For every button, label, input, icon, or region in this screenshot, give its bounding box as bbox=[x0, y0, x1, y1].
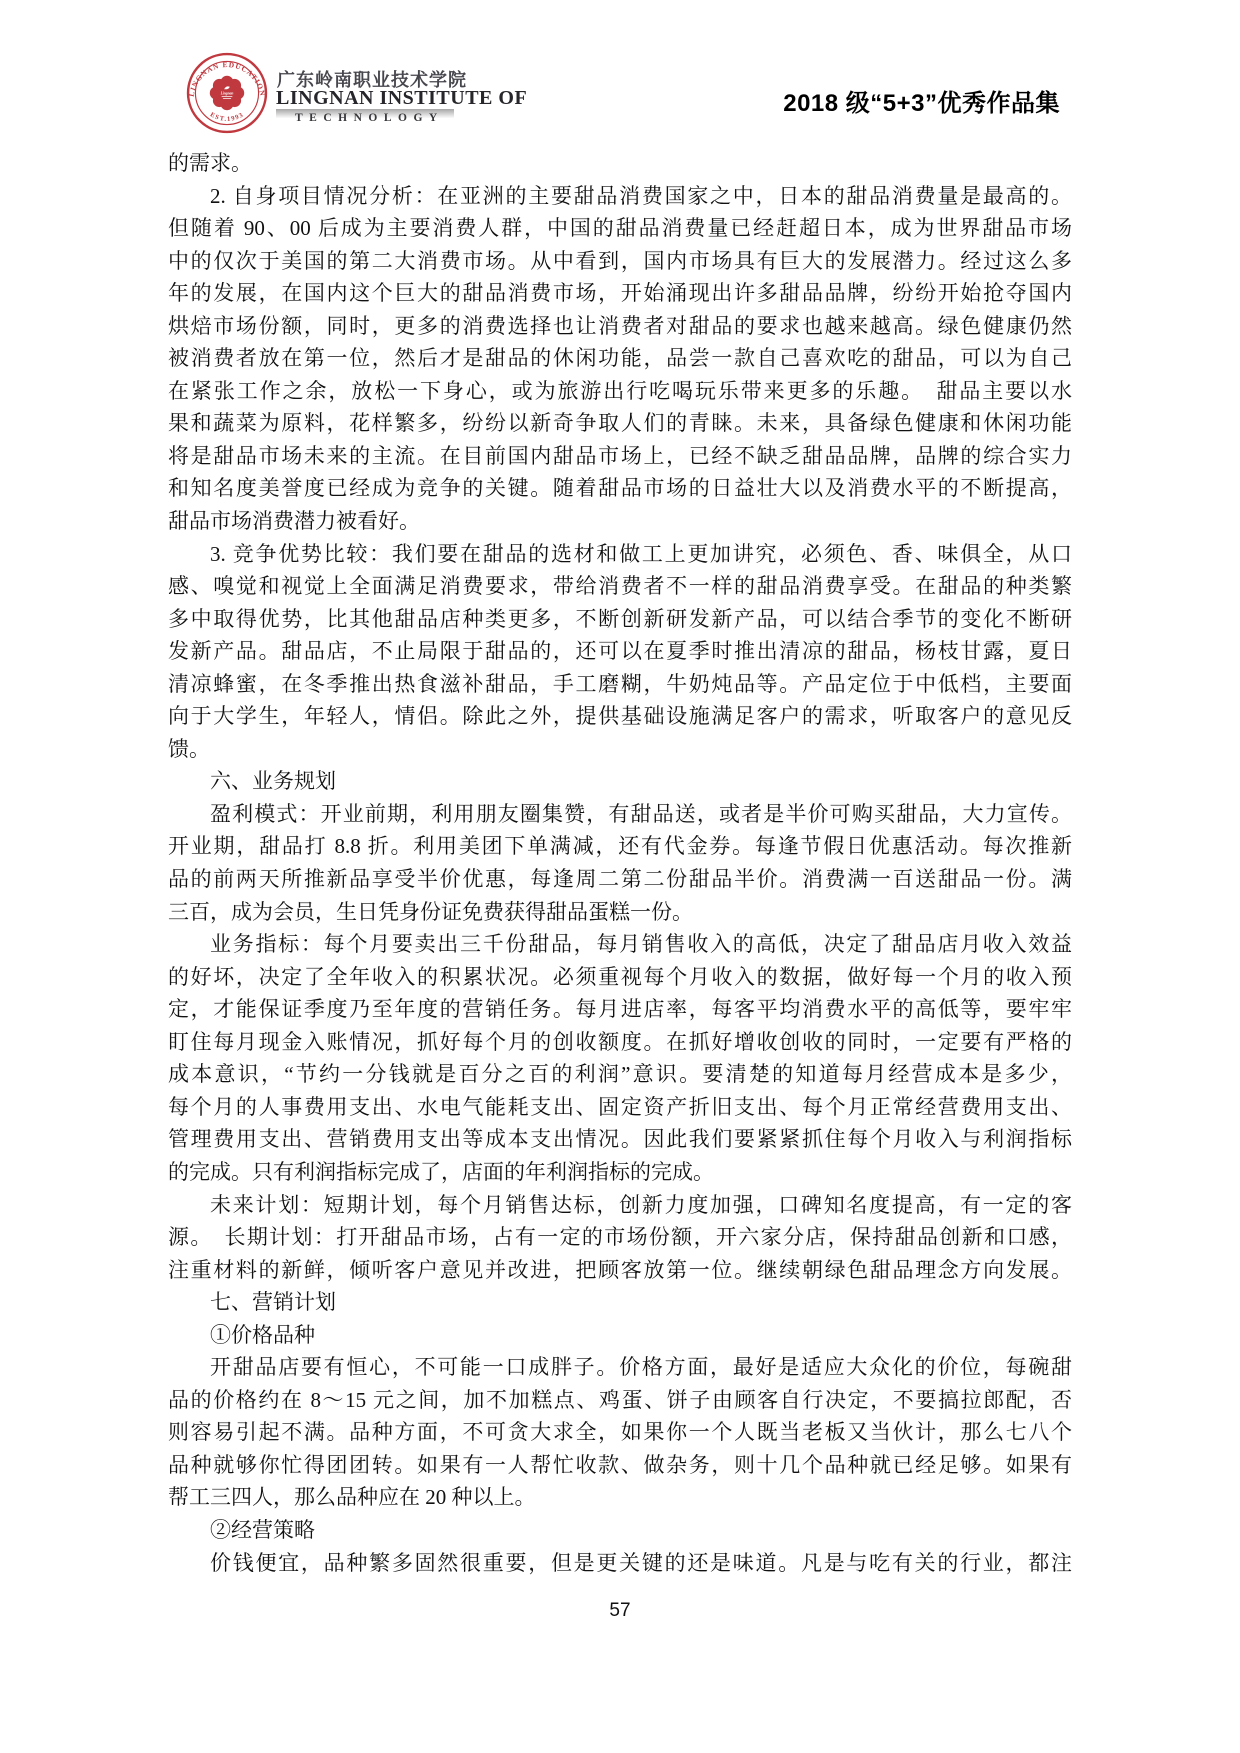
body-line: 被消费者放在第一位，然后才是甜品的休闲功能，品尝一款自己喜欢吃的甜品，可以为自己 bbox=[168, 342, 1072, 375]
svg-text:EST.1993: EST.1993 bbox=[209, 111, 246, 123]
body-line: 成本意识，“节约一分钱就是百分之百的利润”意识。要清楚的知道每月经营成本是多少， bbox=[168, 1058, 1072, 1091]
collection-title: 2018 级“5+3”优秀作品集 bbox=[783, 83, 1060, 118]
body-line: 的需求。 bbox=[168, 147, 1072, 180]
body-line: 定，才能保证季度乃至年度的营销任务。每月进店率，每客平均消费水平的高低等，要牢牢 bbox=[168, 993, 1072, 1026]
document-page: LINGNAN EDUCATION EST.1993 Lingnan 广东岭南职… bbox=[0, 0, 1240, 1753]
body-line: 三百，成为会员，生日凭身份证免费获得甜品蛋糕一份。 bbox=[168, 896, 1072, 929]
body-line: 管理费用支出、营销费用支出等成本支出情况。因此我们要紧紧抓住每个月收入与利润指标 bbox=[168, 1123, 1072, 1156]
body-line: 开甜品店要有恒心，不可能一口成胖子。价格方面，最好是适应大众化的价位，每碗甜 bbox=[168, 1351, 1072, 1384]
body-line: 品的价格约在 8～15 元之间，加不加糕点、鸡蛋、饼子由顾客自行决定，不要搞拉郎… bbox=[168, 1384, 1072, 1417]
body-line: 价钱便宜，品种繁多固然很重要，但是更关键的还是味道。凡是与吃有关的行业，都注 bbox=[168, 1547, 1072, 1580]
body-line: 多中取得优势，比其他甜品店种类更多，不断创新研发新产品，可以结合季节的变化不断研 bbox=[168, 603, 1072, 636]
body-line: 将是甜品市场未来的主流。在目前国内甜品市场上，已经不缺乏甜品品牌，品牌的综合实力 bbox=[168, 440, 1072, 473]
body-line: 未来计划：短期计划，每个月销售达标，创新力度加强，口碑知名度提高，有一定的客 bbox=[168, 1189, 1072, 1222]
body-line: 帮工三四人，那么品种应在 20 种以上。 bbox=[168, 1481, 1072, 1514]
body-line: 馈。 bbox=[168, 733, 1072, 766]
body-line: 3. 竞争优势比较：我们要在甜品的选材和做工上更加讲究，必须色、香、味俱全，从口 bbox=[168, 538, 1072, 571]
body-line: 七、营销计划 bbox=[168, 1286, 1072, 1319]
body-line: 业务指标：每个月要卖出三千份甜品，每月销售收入的高低，决定了甜品店月收入效益 bbox=[168, 928, 1072, 961]
body-line: 在紧张工作之余，放松一下身心，或为旅游出行吃喝玩乐带来更多的乐趣。 甜品主要以水 bbox=[168, 375, 1072, 408]
body-line: 但随着 90、00 后成为主要消费人群，中国的甜品消费量已经赶超日本，成为世界甜… bbox=[168, 212, 1072, 245]
body-line: 盯住每月现金入账情况，抓好每个月的创收额度。在抓好增收创收的同时，一定要有严格的 bbox=[168, 1026, 1072, 1059]
body-line: 的完成。只有利润指标完成了，店面的年利润指标的完成。 bbox=[168, 1156, 1072, 1189]
body-line: 六、业务规划 bbox=[168, 765, 1072, 798]
body-line: 2. 自身项目情况分析：在亚洲的主要甜品消费国家之中，日本的甜品消费量是最高的。 bbox=[168, 180, 1072, 213]
body-line: 甜品市场消费潜力被看好。 bbox=[168, 505, 1072, 538]
body-line: 感、嗅觉和视觉上全面满足消费要求，带给消费者不一样的甜品消费享受。在甜品的种类繁 bbox=[168, 570, 1072, 603]
body-line: 品的前两天所推新品享受半价优惠，每逢周二第二份甜品半价。消费满一百送甜品一份。满 bbox=[168, 863, 1072, 896]
body-line: 品种就够你忙得团团转。如果有一人帮忙收款、做杂务，则十几个品种就已经足够。如果有 bbox=[168, 1449, 1072, 1482]
body-line: ②经营策略 bbox=[168, 1514, 1072, 1547]
body-line: 源。 长期计划：打开甜品市场，占有一定的市场份额，开六家分店，保持甜品创新和口感… bbox=[168, 1221, 1072, 1254]
body-line: 盈利模式：开业前期，利用朋友圈集赞，有甜品送，或者是半价可购买甜品，大力宣传。 bbox=[168, 798, 1072, 831]
university-name-en-line2: TECHNOLOGY bbox=[295, 112, 444, 124]
page-number: 57 bbox=[0, 1600, 1240, 1622]
body-line: ①价格品种 bbox=[168, 1319, 1072, 1352]
body-line: 果和蔬菜为原料，花样繁多，纷纷以新奇争取人们的青睐。未来，具备绿色健康和休闲功能 bbox=[168, 407, 1072, 440]
body-line: 向于大学生，年轻人，情侣。除此之外，提供基础设施满足客户的需求，听取客户的意见反 bbox=[168, 700, 1072, 733]
body-line: 则容易引起不满。品种方面，不可贪大求全，如果你一个人既当老板又当伙计，那么七八个 bbox=[168, 1416, 1072, 1449]
body-line: 中的仅次于美国的第二大消费市场。从中看到，国内市场具有巨大的发展潜力。经过这么多 bbox=[168, 245, 1072, 278]
body-line: 开业期，甜品打 8.8 折。利用美团下单满减，还有代金券。每逢节假日优惠活动。每… bbox=[168, 830, 1072, 863]
university-seal-logo: LINGNAN EDUCATION EST.1993 Lingnan bbox=[186, 52, 268, 134]
body-line: 注重材料的新鲜，倾听客户意见并改进，把顾客放第一位。继续朝绿色甜品理念方向发展。 bbox=[168, 1254, 1072, 1287]
body-line: 和知名度美誉度已经成为竞争的关键。随着甜品市场的日益壮大以及消费水平的不断提高， bbox=[168, 472, 1072, 505]
body-line: 清凉蜂蜜，在冬季推出热食滋补甜品，手工磨糊，牛奶炖品等。产品定位于中低档，主要面 bbox=[168, 668, 1072, 701]
body-line: 发新产品。甜品店，不止局限于甜品的，还可以在夏季时推出清凉的甜品，杨枝甘露，夏日 bbox=[168, 635, 1072, 668]
body-line: 每个月的人事费用支出、水电气能耗支出、固定资产折旧支出、每个月正常经营费用支出、 bbox=[168, 1091, 1072, 1124]
seal-center-text: Lingnan bbox=[220, 92, 234, 96]
document-body: 的需求。2. 自身项目情况分析：在亚洲的主要甜品消费国家之中，日本的甜品消费量是… bbox=[168, 147, 1072, 1579]
body-line: 年的发展，在国内这个巨大的甜品消费市场，开始涌现出许多甜品品牌，纷纷开始抢夺国内 bbox=[168, 277, 1072, 310]
university-name-en-line1: LINGNAN INSTITUTE OF bbox=[276, 87, 527, 110]
seal-bottom-text: EST.1993 bbox=[209, 111, 246, 123]
body-line: 的好坏，决定了全年收入的积累状况。必须重视每个月收入的数据，做好每一个月的收入预 bbox=[168, 961, 1072, 994]
body-line: 烘焙市场份额，同时，更多的消费选择也让消费者对甜品的要求也越来越高。绿色健康仍然 bbox=[168, 310, 1072, 343]
